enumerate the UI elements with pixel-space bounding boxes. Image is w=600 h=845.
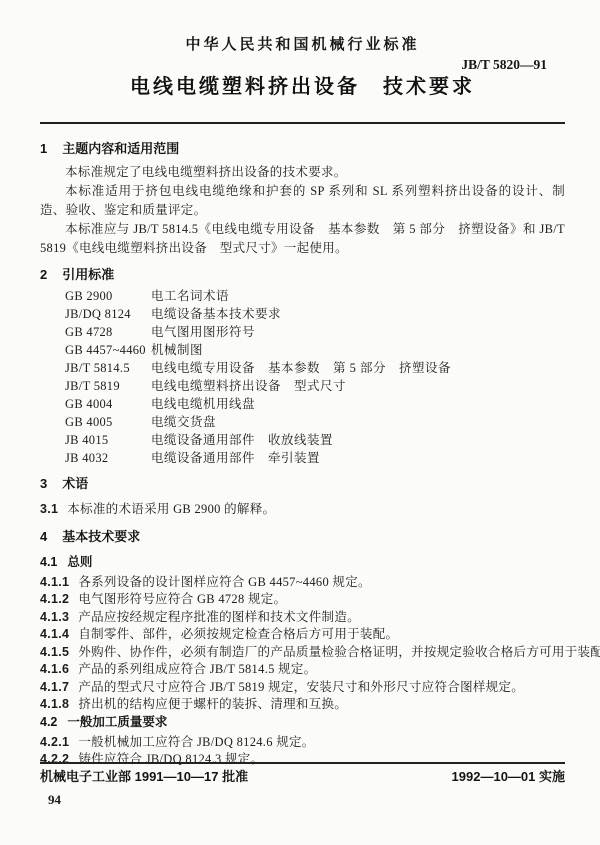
section-1-heading: 1主题内容和适用范围 bbox=[40, 140, 565, 157]
clause: 4.1.2电气图形符号应符合 GB 4728 规定。 bbox=[40, 591, 565, 609]
reference-item: JB 4015电缆设备通用部件 收放线装置 bbox=[65, 431, 565, 449]
reference-code: JB 4032 bbox=[65, 449, 151, 467]
reference-item: JB/T 5819电线电缆塑料挤出设备 型式尺寸 bbox=[65, 377, 565, 395]
reference-title: 电线电缆塑料挤出设备 型式尺寸 bbox=[151, 379, 346, 393]
section-1-title: 主题内容和适用范围 bbox=[62, 141, 179, 156]
reference-item: GB 4005电缆交货盘 bbox=[65, 413, 565, 431]
section-4-heading: 4基本技术要求 bbox=[40, 528, 565, 545]
clause: 4.2.2铸件应符合 JB/DQ 8124.3 规定。 bbox=[40, 751, 565, 769]
footer: 机械电子工业部 1991—10—17 批准 1992—10—01 实施 bbox=[40, 769, 565, 785]
reference-title: 电线电缆专用设备 基本参数 第 5 部分 挤塑设备 bbox=[151, 361, 451, 375]
subsection-4-1-heading: 4.1总则 bbox=[40, 554, 565, 571]
standard-document-page: 中华人民共和国机械行业标准 JB/T 5820—91 电线电缆塑料挤出设备 技术… bbox=[0, 0, 600, 845]
clause-text: 产品应按经规定程序批准的图样和技术文件制造。 bbox=[78, 610, 360, 624]
document-title: 电线电缆塑料挤出设备 技术要求 bbox=[40, 75, 565, 99]
subsection-4-1-title: 总则 bbox=[67, 555, 92, 569]
section-3-number: 3 bbox=[40, 475, 47, 492]
clause-text: 挤出机的结构应便于螺杆的装拆、清理和互换。 bbox=[78, 697, 347, 711]
reference-code: JB/DQ 8124 bbox=[65, 305, 151, 323]
reference-code: GB 2900 bbox=[65, 287, 151, 305]
subsection-4-1-clauses: 4.1.1各系列设备的设计图样应符合 GB 4457~4460 规定。 4.1.… bbox=[40, 574, 565, 714]
reference-code: JB/T 5819 bbox=[65, 377, 151, 395]
clause: 4.1.6产品的系列组成应符合 JB/T 5814.5 规定。 bbox=[40, 661, 565, 679]
reference-item: GB 4004电线电缆机用线盘 bbox=[65, 395, 565, 413]
clause-number: 3.1 bbox=[40, 501, 58, 519]
section-4-title: 基本技术要求 bbox=[62, 529, 140, 544]
reference-title: 电缆设备通用部件 收放线装置 bbox=[151, 433, 333, 447]
section-4-number: 4 bbox=[40, 528, 47, 545]
reference-title: 电线电缆机用线盘 bbox=[151, 397, 255, 411]
footer-rule bbox=[40, 762, 565, 764]
reference-code: GB 4457~4460 bbox=[65, 341, 151, 359]
reference-title: 电缆设备通用部件 牵引装置 bbox=[151, 451, 320, 465]
reference-title: 电缆交货盘 bbox=[151, 415, 216, 429]
reference-code: GB 4728 bbox=[65, 323, 151, 341]
section-1-number: 1 bbox=[40, 140, 47, 157]
subsection-4-2-title: 一般加工质量要求 bbox=[67, 715, 167, 729]
reference-code: JB 4015 bbox=[65, 431, 151, 449]
reference-code: JB/T 5814.5 bbox=[65, 359, 151, 377]
clause: 4.1.5外购件、协作件，必须有制造厂的产品质量检验合格证明，并按规定验收合格后… bbox=[40, 644, 565, 662]
section-3-clauses: 3.1本标准的术语采用 GB 2900 的解释。 bbox=[40, 501, 565, 519]
approval-note: 机械电子工业部 1991—10—17 批准 bbox=[40, 769, 248, 785]
section-3-heading: 3术语 bbox=[40, 475, 565, 492]
clause-number: 4.1.1 bbox=[40, 574, 69, 592]
clause-number: 4.1.6 bbox=[40, 661, 69, 679]
reference-item: JB/T 5814.5电线电缆专用设备 基本参数 第 5 部分 挤塑设备 bbox=[65, 359, 565, 377]
clause-text: 产品的系列组成应符合 JB/T 5814.5 规定。 bbox=[78, 662, 316, 676]
clause-text: 外购件、协作件，必须有制造厂的产品质量检验合格证明，并按规定验收合格后方可用于装… bbox=[78, 645, 600, 659]
clause-number: 4.1.5 bbox=[40, 644, 69, 662]
clause: 4.2.1一般机械加工应符合 JB/DQ 8124.6 规定。 bbox=[40, 734, 565, 752]
clause-text: 各系列设备的设计图样应符合 GB 4457~4460 规定。 bbox=[78, 575, 371, 589]
clause-number: 4.2.1 bbox=[40, 734, 69, 752]
subsection-4-2-number: 4.2 bbox=[40, 714, 57, 731]
reference-code: GB 4004 bbox=[65, 395, 151, 413]
reference-title: 电工名词术语 bbox=[151, 289, 229, 303]
clause: 3.1本标准的术语采用 GB 2900 的解释。 bbox=[40, 501, 565, 519]
clause-text: 本标准的术语采用 GB 2900 的解释。 bbox=[67, 502, 275, 516]
page-number: 94 bbox=[48, 792, 61, 808]
reference-code: GB 4005 bbox=[65, 413, 151, 431]
reference-title: 电气图用图形符号 bbox=[151, 325, 255, 339]
clause-text: 自制零件、部件，必须按规定检查合格后方可用于装配。 bbox=[78, 627, 398, 641]
clause-text: 产品的型式尺寸应符合 JB/T 5819 规定，安装尺寸和外形尺寸应符合图样规定… bbox=[78, 680, 524, 694]
clause-number: 4.1.4 bbox=[40, 626, 69, 644]
clause-text: 电气图形符号应符合 GB 4728 规定。 bbox=[78, 592, 286, 606]
reference-list: GB 2900电工名词术语 JB/DQ 8124电缆设备基本技术要求 GB 47… bbox=[65, 287, 565, 467]
section-2-title: 引用标准 bbox=[62, 267, 114, 282]
section-1-paragraphs: 本标准规定了电线电缆塑料挤出设备的技术要求。 本标准适用于挤包电线电缆绝缘和护套… bbox=[40, 163, 565, 258]
clause-number: 4.1.2 bbox=[40, 591, 69, 609]
reference-item: GB 4728电气图用图形符号 bbox=[65, 323, 565, 341]
reference-item: JB/DQ 8124电缆设备基本技术要求 bbox=[65, 305, 565, 323]
clause-number: 4.2.2 bbox=[40, 751, 69, 769]
clause-number: 4.1.3 bbox=[40, 609, 69, 627]
clause-number: 4.1.7 bbox=[40, 679, 69, 697]
header-rule bbox=[40, 122, 565, 124]
clause-text: 一般机械加工应符合 JB/DQ 8124.6 规定。 bbox=[78, 735, 314, 749]
clause: 4.1.1各系列设备的设计图样应符合 GB 4457~4460 规定。 bbox=[40, 574, 565, 592]
paragraph: 本标准适用于挤包电线电缆绝缘和护套的 SP 系列和 SL 系列塑料挤出设备的设计… bbox=[40, 182, 565, 220]
standard-code: JB/T 5820—91 bbox=[40, 57, 565, 73]
standard-class-title: 中华人民共和国机械行业标准 bbox=[40, 36, 565, 54]
clause-number: 4.1.8 bbox=[40, 696, 69, 714]
clause: 4.1.4自制零件、部件，必须按规定检查合格后方可用于装配。 bbox=[40, 626, 565, 644]
reference-item: JB 4032电缆设备通用部件 牵引装置 bbox=[65, 449, 565, 467]
paragraph: 本标准规定了电线电缆塑料挤出设备的技术要求。 bbox=[40, 163, 565, 182]
section-2-number: 2 bbox=[40, 266, 47, 283]
section-2-heading: 2引用标准 bbox=[40, 266, 565, 283]
subsection-4-2-heading: 4.2一般加工质量要求 bbox=[40, 714, 565, 731]
paragraph: 本标准应与 JB/T 5814.5《电线电缆专用设备 基本参数 第 5 部分 挤… bbox=[40, 220, 565, 258]
clause: 4.1.3产品应按经规定程序批准的图样和技术文件制造。 bbox=[40, 609, 565, 627]
reference-item: GB 2900电工名词术语 bbox=[65, 287, 565, 305]
subsection-4-1-number: 4.1 bbox=[40, 554, 57, 571]
section-3-title: 术语 bbox=[62, 476, 88, 491]
clause: 4.1.7产品的型式尺寸应符合 JB/T 5819 规定，安装尺寸和外形尺寸应符… bbox=[40, 679, 565, 697]
reference-title: 机械制图 bbox=[151, 343, 203, 357]
reference-title: 电缆设备基本技术要求 bbox=[151, 307, 281, 321]
implementation-note: 1992—10—01 实施 bbox=[452, 769, 565, 785]
clause: 4.1.8挤出机的结构应便于螺杆的装拆、清理和互换。 bbox=[40, 696, 565, 714]
reference-item: GB 4457~4460机械制图 bbox=[65, 341, 565, 359]
